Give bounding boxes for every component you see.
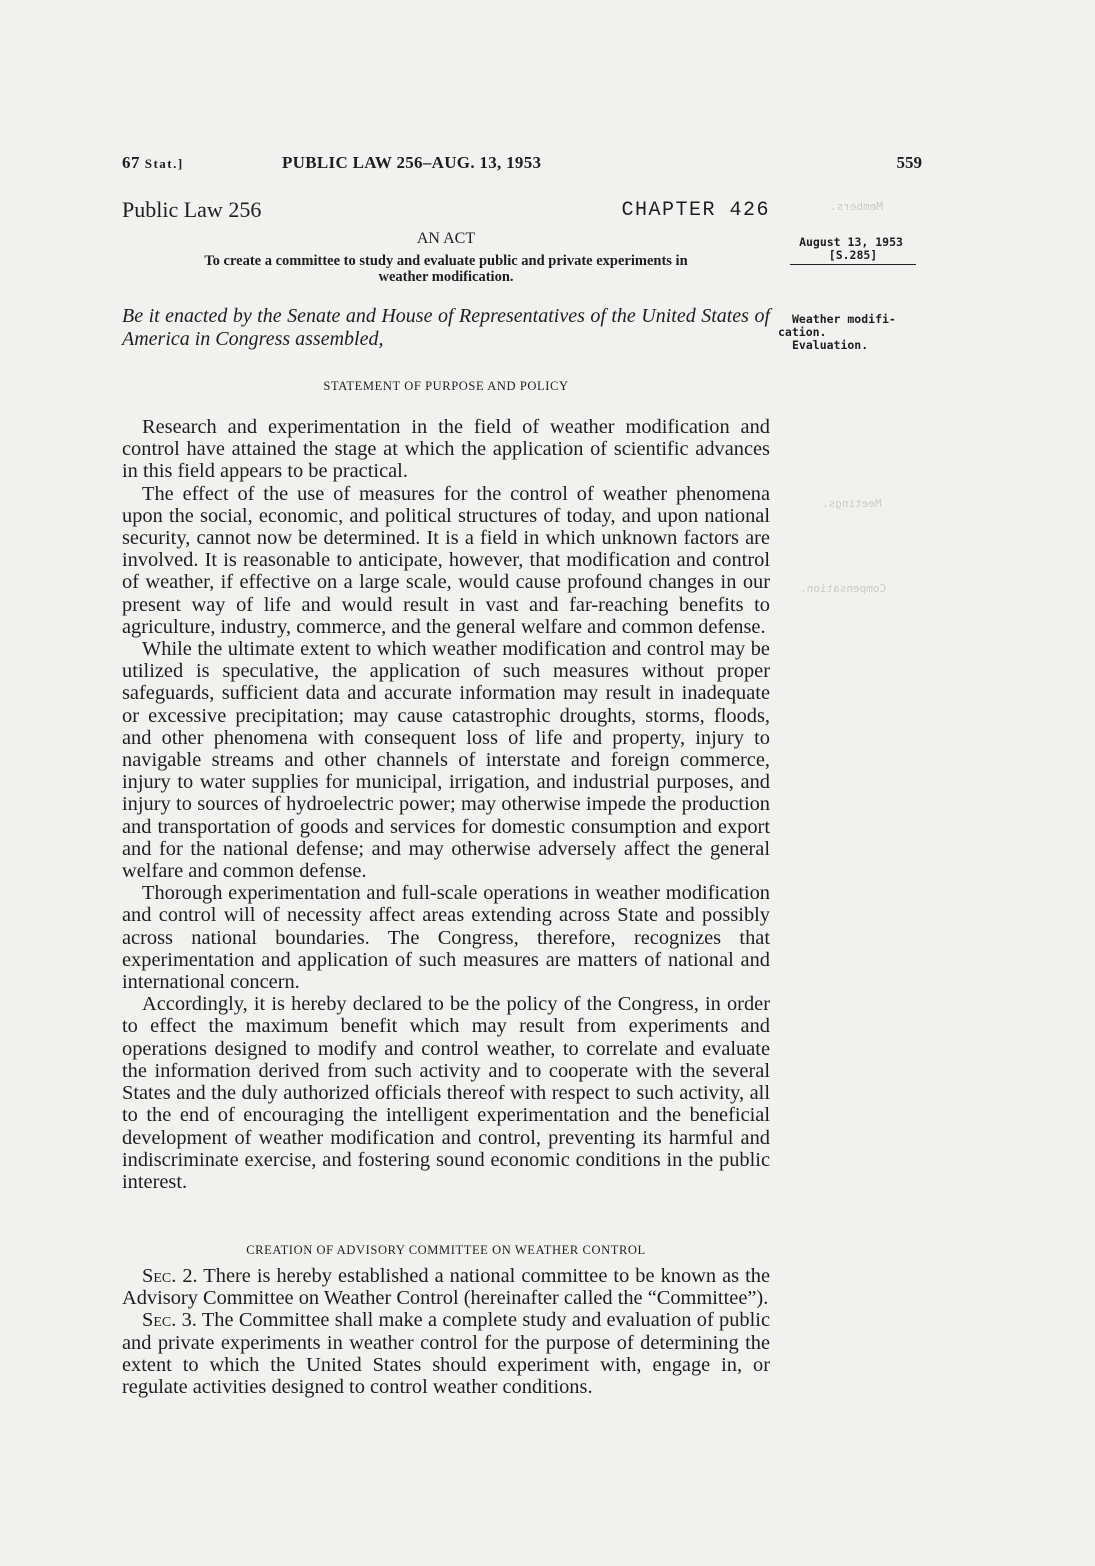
paragraph: Thorough experimentation and full-scale … [122,882,770,993]
volume-abbr: Stat.] [145,156,184,171]
page-number: 559 [897,153,923,173]
act-title-line-1: To create a committee to study and evalu… [122,253,770,269]
running-head: 67 Stat.] PUBLIC LAW 256–AUG. 13, 1953 5… [122,153,922,177]
margin-date-note: August 13, 1953 [S.285] [786,236,916,265]
purpose-and-policy-text: Research and experimentation in the fiel… [122,416,770,1193]
margin-subject-note: Weather modifi- cation. Evaluation. [778,313,918,352]
law-designation: Public Law 256 CHAPTER 426 [122,197,770,223]
bill-number: [S.285] [790,249,916,265]
enacting-clause: Be it enacted by the Senate and House of… [122,305,770,351]
act-title: To create a committee to study and evalu… [122,253,770,285]
an-act-label: AN ACT [122,230,770,248]
section-text: The Committee shall make a complete stud… [122,1309,770,1398]
bleed-through-text: Compensation. [800,582,886,595]
section-heading: CREATION OF ADVISORY COMMITTEE ON WEATHE… [122,1243,770,1258]
margin-note-line: Evaluation. [778,339,918,352]
paragraph: Accordingly, it is hereby declared to be… [122,993,770,1193]
act-title-line-2: weather modification. [122,269,770,285]
chapter-number: CHAPTER 426 [621,199,770,222]
running-title: PUBLIC LAW 256–AUG. 13, 1953 [282,153,541,173]
section-paragraph: Sec. 3. The Committee shall make a compl… [122,1309,770,1398]
paragraph: While the ultimate extent to which weath… [122,638,770,882]
statute-page: Members. Meetings. Compensation. 67 Stat… [0,0,1095,1566]
bleed-through-text: Meetings. [822,497,882,510]
volume-citation: 67 Stat.] [122,153,184,173]
section-text: There is hereby established a national c… [122,1265,770,1309]
public-law-number: Public Law 256 [122,197,261,223]
section-heading: STATEMENT OF PURPOSE AND POLICY [122,379,770,394]
section-label: Sec. 3. [142,1309,197,1331]
section-paragraph: Sec. 2. There is hereby established a na… [122,1265,770,1309]
volume-number: 67 [122,153,140,172]
committee-creation-text: Sec. 2. There is hereby established a na… [122,1265,770,1398]
paragraph: The effect of the use of measures for th… [122,483,770,638]
bleed-through-text: Members. [830,200,883,213]
section-label: Sec. 2. [142,1265,198,1287]
paragraph: Research and experimentation in the fiel… [122,416,770,483]
